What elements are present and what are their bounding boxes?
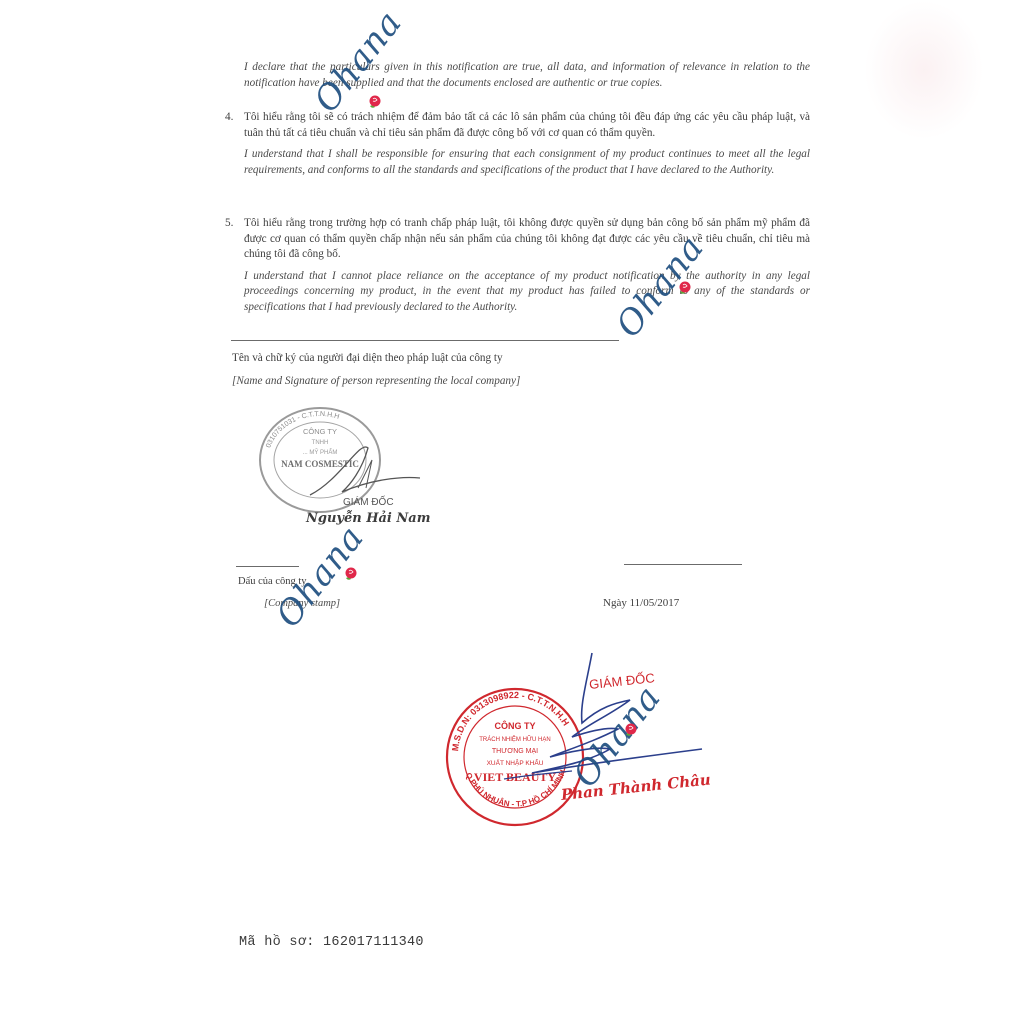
- item-4: 4. Tôi hiểu rằng tôi sẽ có trách nhiệm đ…: [244, 110, 810, 178]
- svg-text:... MỸ PHẨM: ... MỸ PHẨM: [303, 449, 338, 456]
- rose-icon: [623, 722, 639, 738]
- item-text-vi: Tôi hiểu rằng tôi sẽ có trách nhiệm để đ…: [244, 111, 810, 139]
- partner-company-stamp: M.S.D.N: 0313098922 - C.T.T.N.H.H Q.PHÚ …: [440, 645, 720, 835]
- rose-icon: [677, 280, 693, 296]
- svg-text:CÔNG TY: CÔNG TY: [303, 427, 337, 436]
- item-text-en: I understand that I cannot place relianc…: [244, 269, 810, 316]
- svg-text:CÔNG TY: CÔNG TY: [494, 720, 535, 731]
- item-5: 5. Tôi hiểu rằng trong trường hợp có tra…: [244, 216, 810, 315]
- paper-tint: [864, 0, 984, 140]
- rose-icon: [343, 566, 359, 582]
- date-text: Ngày 11/05/2017: [603, 597, 679, 609]
- svg-text:THƯƠNG MẠI: THƯƠNG MẠI: [492, 748, 538, 755]
- svg-text:TNHH: TNHH: [312, 440, 329, 446]
- file-code: Mã hồ sơ: 162017111340: [239, 935, 424, 950]
- item-number: 5.: [225, 216, 233, 232]
- signature-line: [231, 340, 619, 341]
- item-number: 4.: [225, 110, 233, 126]
- svg-text:NAM COSMESTIC: NAM COSMESTIC: [281, 459, 359, 469]
- stamp-seal-icon: M.S.D.N: 0313098922 - C.T.T.N.H.H Q.PHÚ …: [440, 645, 720, 835]
- representative-label-en: [Name and Signature of person representi…: [232, 375, 520, 387]
- item-text-en: I understand that I shall be responsible…: [244, 147, 810, 178]
- representative-label-vi: Tên và chữ ký của người đại diện theo ph…: [232, 352, 503, 364]
- local-signer-title: GIÁM ĐỐC: [343, 497, 394, 508]
- svg-text:XUẤT NHẬP KHẨU: XUẤT NHẬP KHẨU: [487, 757, 544, 767]
- svg-text:TRÁCH NHIỆM HỮU HẠN: TRÁCH NHIỆM HỮU HẠN: [479, 735, 550, 743]
- rose-icon: [367, 94, 383, 110]
- date-line: [624, 564, 742, 565]
- company-stamp-line: [236, 566, 299, 567]
- local-signer-name: Nguyễn Hải Nam: [306, 511, 430, 526]
- item-text-vi: Tôi hiểu rằng trong trường hợp có tranh …: [244, 217, 810, 260]
